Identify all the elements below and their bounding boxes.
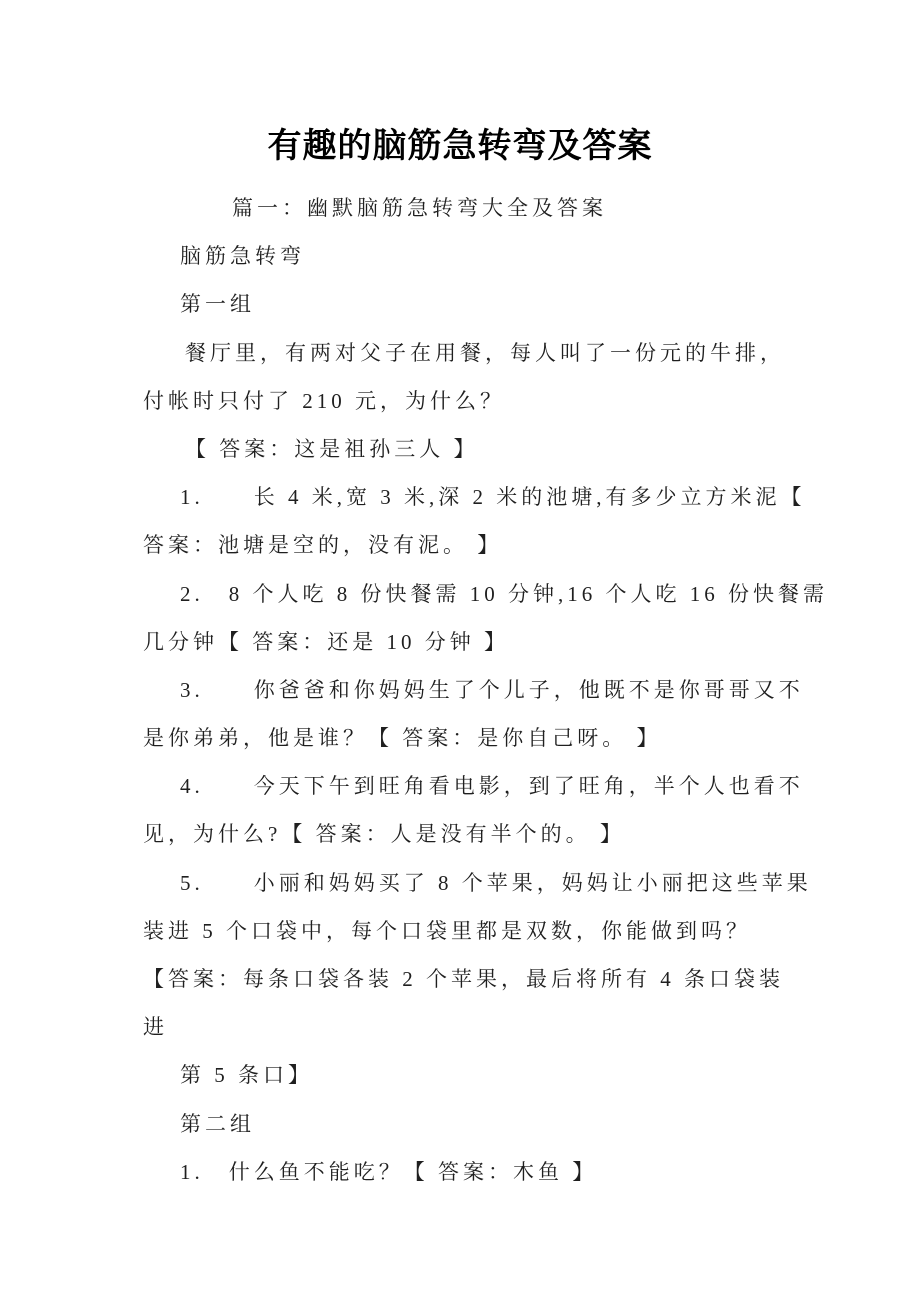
doc-line: 答案：池塘是空的，没有泥。 】 <box>143 521 803 569</box>
doc-line: 【 答案：这是祖孙三人 】 <box>143 425 803 473</box>
doc-line: 是你弟弟，他是谁？【 答案：是你自己呀。 】 <box>143 714 803 762</box>
doc-line: 进 <box>143 1003 803 1051</box>
doc-line: 1. 长 4 米,宽 3 米,深 2 米的池塘,有多少立方米泥【 <box>143 473 803 521</box>
doc-line: 几分钟【 答案：还是 10 分钟 】 <box>143 618 803 666</box>
doc-line: 2. 8 个人吃 8 份快餐需 10 分钟,16 个人吃 16 份快餐需 <box>143 570 803 618</box>
doc-line: 第一组 <box>143 280 803 328</box>
document-title: 有趣的脑筋急转弯及答案 <box>0 118 920 167</box>
doc-line: 篇一：幽默脑筋急转弯大全及答案 <box>143 184 803 232</box>
doc-line: 第二组 <box>143 1100 803 1148</box>
doc-line: 4. 今天下午到旺角看电影，到了旺角，半个人也看不 <box>143 762 803 810</box>
document-page: 有趣的脑筋急转弯及答案 篇一：幽默脑筋急转弯大全及答案 脑筋急转弯 第一组 餐厅… <box>0 0 920 1302</box>
doc-line: 付帐时只付了 210 元，为什么？ <box>143 377 803 425</box>
doc-line: 餐厅里，有两对父子在用餐，每人叫了一份元的牛排， <box>143 329 803 377</box>
document-body: 篇一：幽默脑筋急转弯大全及答案 脑筋急转弯 第一组 餐厅里，有两对父子在用餐，每… <box>143 184 803 1196</box>
doc-line: 脑筋急转弯 <box>143 232 803 280</box>
doc-line: 5. 小丽和妈妈买了 8 个苹果，妈妈让小丽把这些苹果 <box>143 859 803 907</box>
doc-line: 见，为什么?【 答案：人是没有半个的。 】 <box>143 810 803 858</box>
doc-line: 装进 5 个口袋中，每个口袋里都是双数，你能做到吗？ <box>143 907 803 955</box>
doc-line: 3. 你爸爸和你妈妈生了个儿子，他既不是你哥哥又不 <box>143 666 803 714</box>
doc-line: 第 5 条口】 <box>143 1051 803 1099</box>
doc-line: 【答案：每条口袋各装 2 个苹果，最后将所有 4 条口袋装 <box>143 955 803 1003</box>
doc-line: 1. 什么鱼不能吃？【 答案：木鱼 】 <box>143 1148 803 1196</box>
